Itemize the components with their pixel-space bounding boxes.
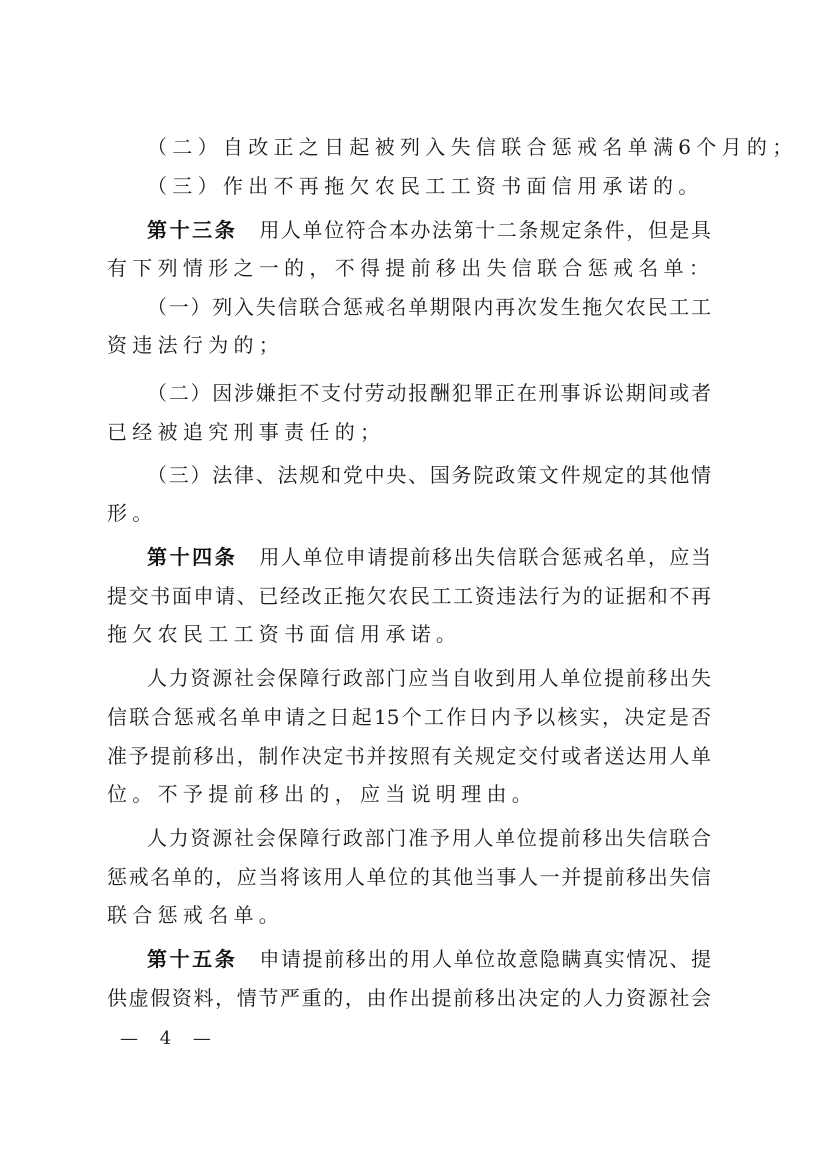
article-15-line: 第十五条申请提前移出的用人单位故意隐瞒真实情况、提 xyxy=(147,944,711,974)
article-heading: 第十五条 xyxy=(147,947,237,971)
article-13-line: 第十三条用人单位符合本办法第十二条规定条件，但是具 xyxy=(147,215,711,245)
text-line: 准予提前移出，制作决定书并按照有关规定交付或者送达用人单 xyxy=(107,741,711,771)
text-line: 信联合惩戒名单申请之日起15个工作日内予以核实，决定是否 xyxy=(107,702,711,732)
text-line: 有下列情形之一的，不得提前移出失信联合惩戒名单： xyxy=(107,253,711,283)
document-page: （二）自改正之日起被列入失信联合惩戒名单满6个月的； （三）作出不再拖欠农民工工… xyxy=(0,0,819,1158)
text-line: 联合惩戒名单。 xyxy=(107,900,711,930)
article-text: 用人单位申请提前移出失信联合惩戒名单，应当 xyxy=(259,545,711,569)
article-text: 用人单位符合本办法第十二条规定条件，但是具 xyxy=(259,218,711,242)
article-heading: 第十四条 xyxy=(147,545,237,569)
paragraph-line: 人力资源社会保障行政部门准予用人单位提前移出失信联合 xyxy=(147,823,711,853)
clause-line: （一）列入失信联合惩戒名单期限内再次发生拖欠农民工工 xyxy=(147,292,711,322)
text-line: 供虚假资料，情节严重的，由作出提前移出决定的人力资源社会 xyxy=(107,983,711,1013)
text-line: 已经被追究刑事责任的； xyxy=(107,417,711,447)
page-number: — 4 — xyxy=(120,1028,219,1049)
clause-line: （三）法律、法规和党中央、国务院政策文件规定的其他情 xyxy=(147,460,711,490)
clause-line: （二）因涉嫌拒不支付劳动报酬犯罪正在刑事诉讼期间或者 xyxy=(147,378,711,408)
clause-line: （二）自改正之日起被列入失信联合惩戒名单满6个月的； xyxy=(147,132,711,162)
text-line: 资违法行为的； xyxy=(107,330,711,360)
paragraph-line: 人力资源社会保障行政部门应当自收到用人单位提前移出失 xyxy=(147,663,711,693)
article-text: 申请提前移出的用人单位故意隐瞒真实情况、提 xyxy=(259,947,711,971)
text-line: 位。不予提前移出的，应当说明理由。 xyxy=(107,779,711,809)
text-line: 拖欠农民工工资书面信用承诺。 xyxy=(107,619,711,649)
text-line: 形。 xyxy=(107,498,711,528)
article-14-line: 第十四条用人单位申请提前移出失信联合惩戒名单，应当 xyxy=(147,542,711,572)
clause-line: （三）作出不再拖欠农民工工资书面信用承诺的。 xyxy=(147,171,711,201)
article-heading: 第十三条 xyxy=(147,218,237,242)
text-line: 提交书面申请、已经改正拖欠农民工工资违法行为的证据和不再 xyxy=(107,581,711,611)
text-line: 惩戒名单的，应当将该用人单位的其他当事人一并提前移出失信 xyxy=(107,862,711,892)
